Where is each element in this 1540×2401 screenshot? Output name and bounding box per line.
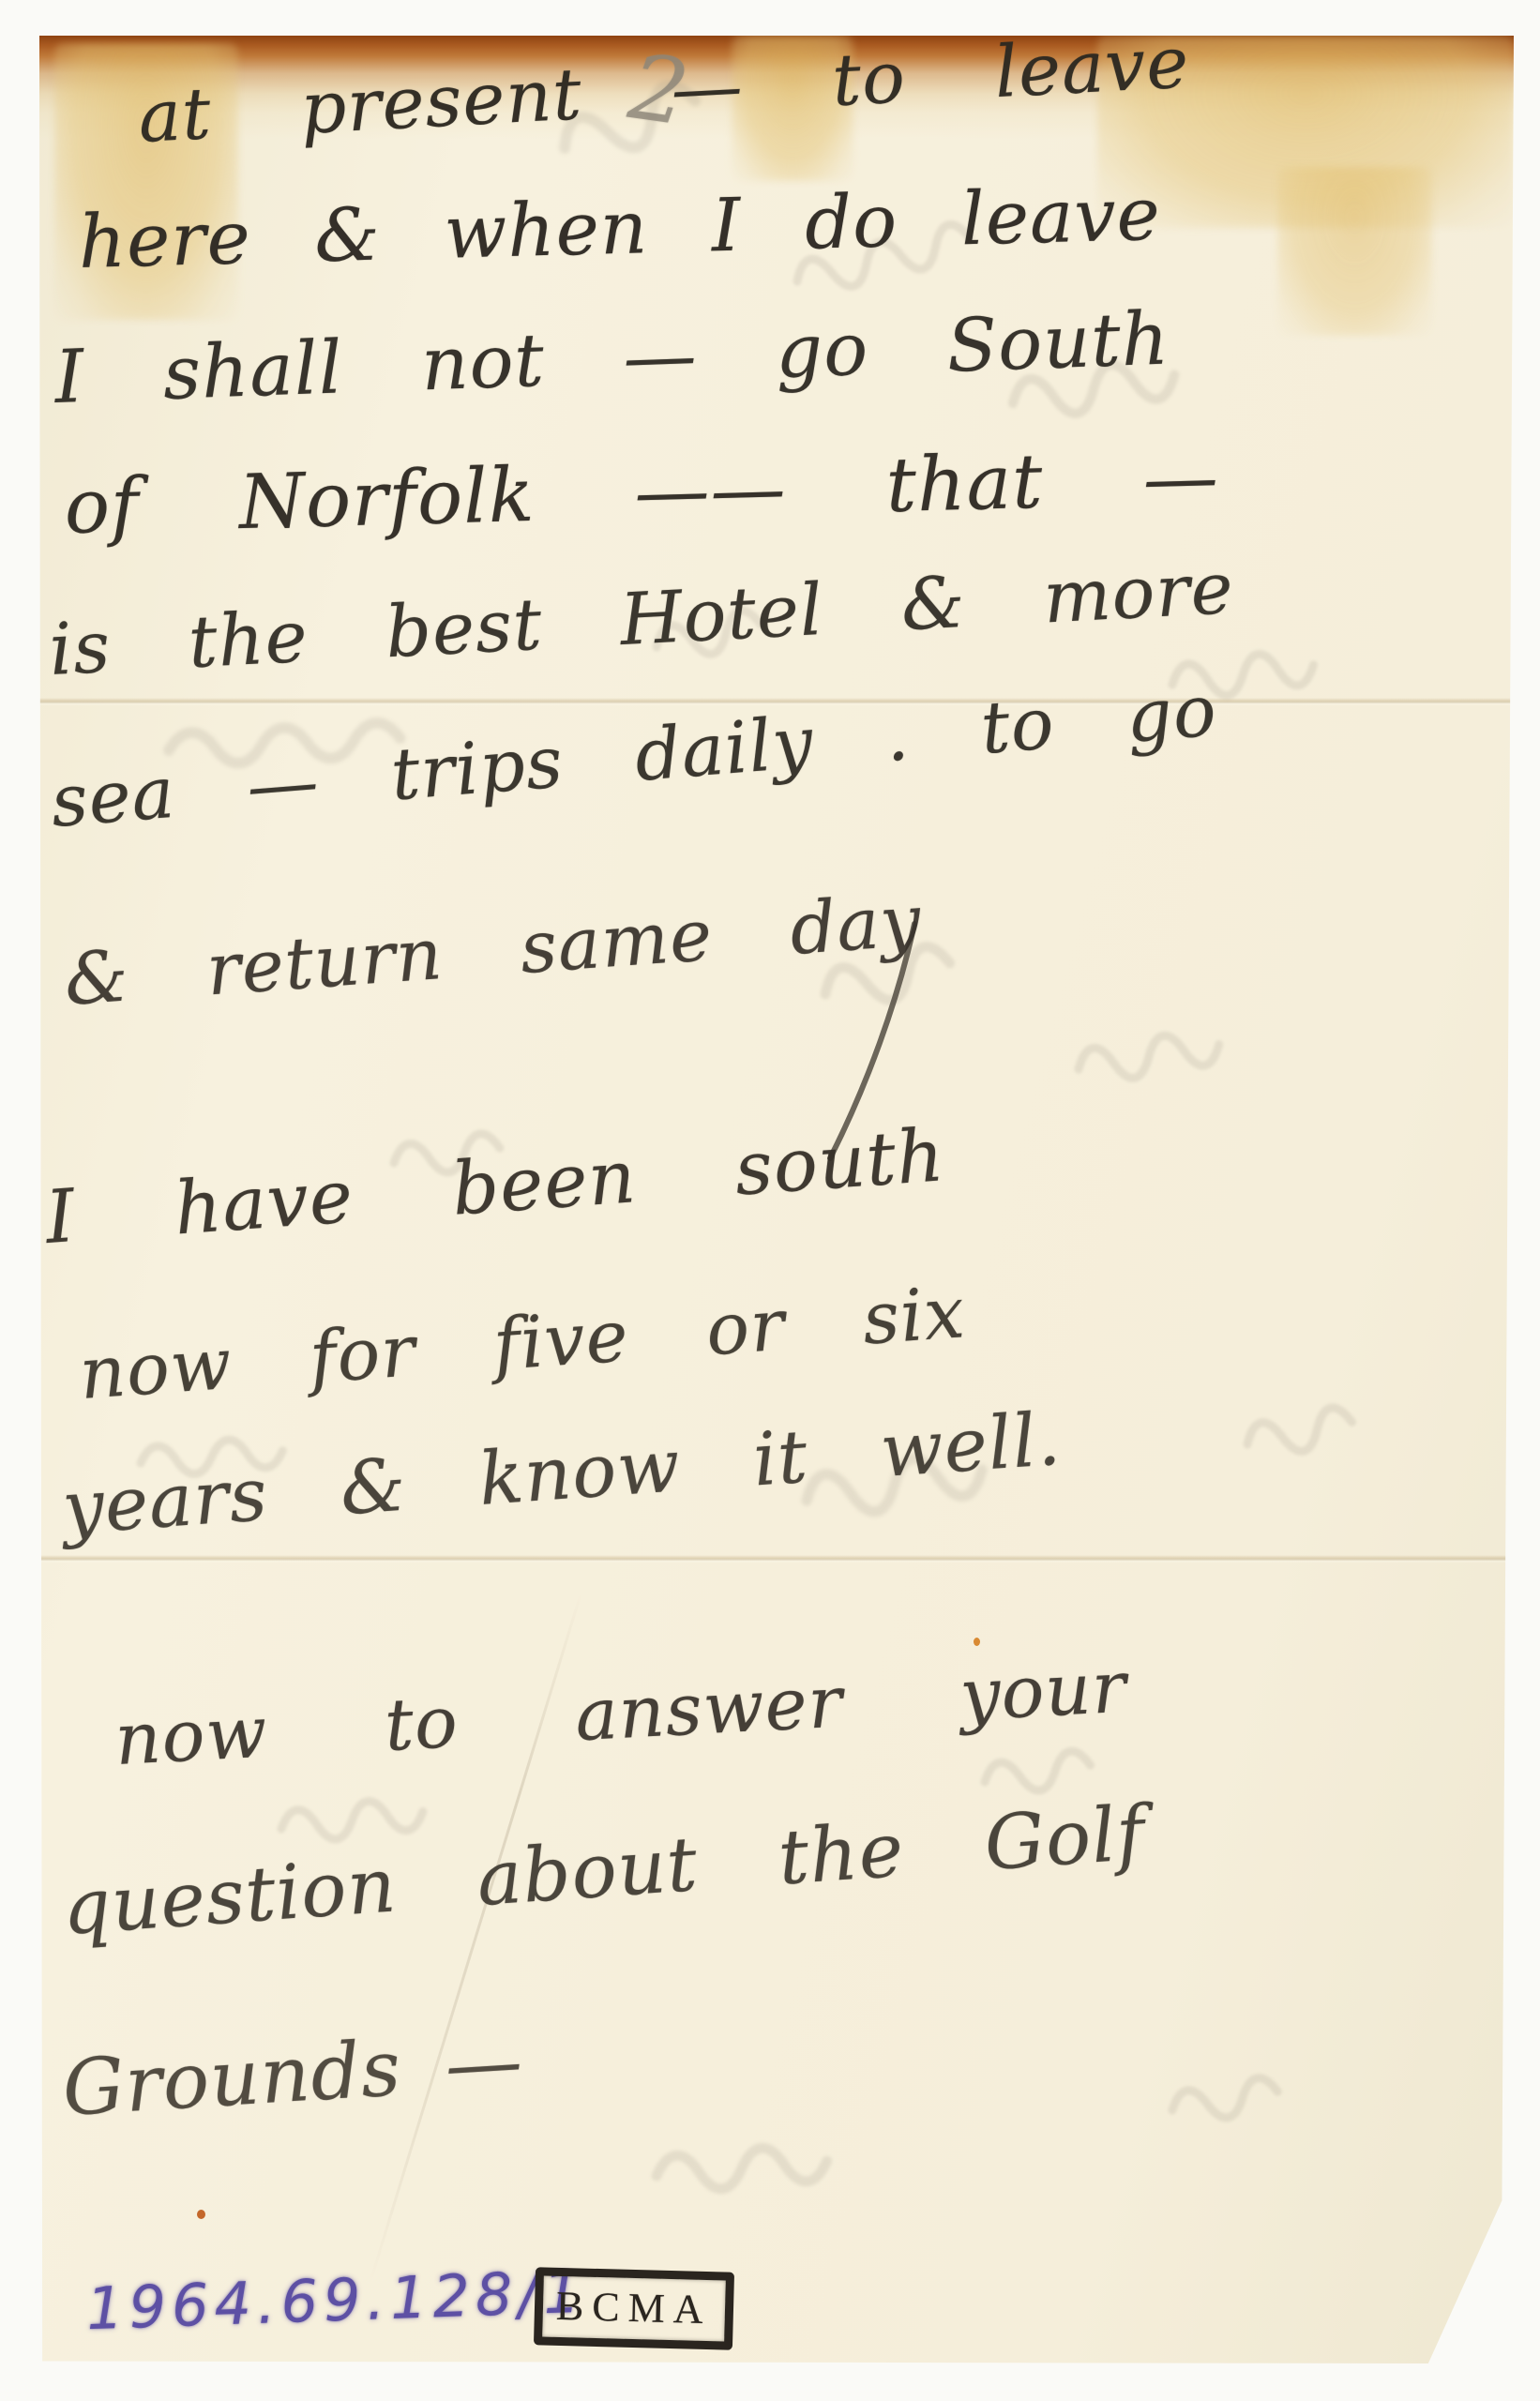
rust-speck-1 — [197, 2210, 205, 2219]
bcma-stamp: BCMA — [534, 2267, 734, 2350]
rust-speck-2 — [974, 1638, 980, 1646]
scanned-letter-background: 2 at present — to leave here & when I do… — [0, 0, 1540, 2401]
bcma-stamp-label: BCMA — [555, 2283, 712, 2333]
letter-paper-sheet: 2 at present — to leave here & when I do… — [39, 36, 1514, 2363]
